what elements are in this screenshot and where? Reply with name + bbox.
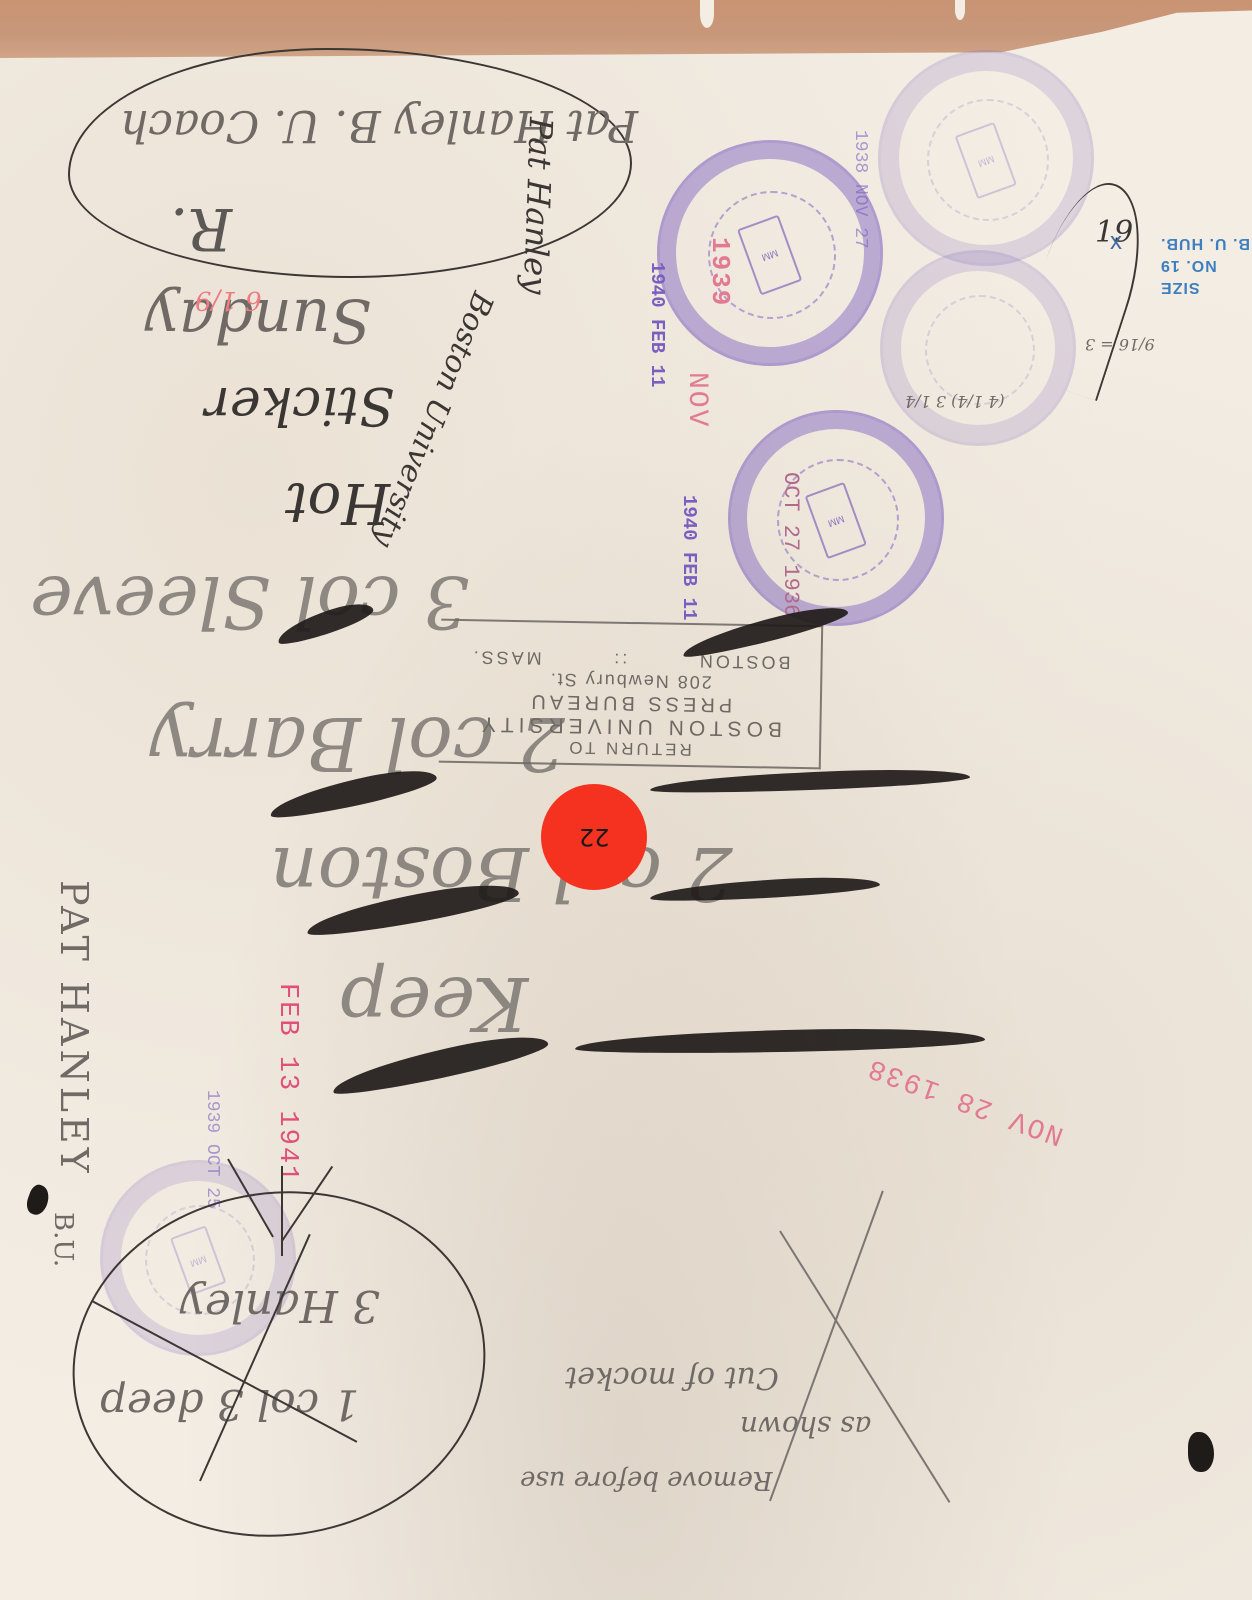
initial-note: R. bbox=[170, 195, 232, 263]
pencil-row-2: 2 col Barry bbox=[150, 700, 565, 786]
fraction-note-2: (4 1/4) 3 1/4 bbox=[905, 392, 1005, 411]
date-stamp-1940-mid: 1940 FEB 11 bbox=[678, 495, 700, 620]
bottom-note-2: as shown bbox=[740, 1410, 871, 1443]
red-pencil-number: 6 1/9 bbox=[195, 285, 262, 315]
arrow-shaft bbox=[281, 1166, 283, 1256]
library-stamp: MM bbox=[728, 410, 944, 626]
pencil-row-3: 2 col Boston bbox=[270, 830, 733, 916]
date-stamp-1940-top: 1940 FEB 11 bbox=[646, 262, 668, 387]
pencil-row-1: 3 col Sleeve bbox=[30, 560, 469, 644]
torn-edge bbox=[955, 0, 965, 20]
sticker-number: 22 bbox=[579, 823, 610, 851]
bottom-note-1: Cut of mocket bbox=[565, 1360, 779, 1395]
date-stamp-1939-oct: 1939 OCT 25 bbox=[202, 1090, 222, 1209]
side-name-note: PAT HANLEY bbox=[52, 880, 96, 1177]
sticker-note: Sticker bbox=[205, 375, 394, 435]
date-stamp-1939-red: 1939 bbox=[705, 237, 735, 307]
red-number-sticker: 22 bbox=[541, 784, 647, 890]
torn-edge bbox=[700, 0, 714, 28]
date-stamp-1938: 1938 NOV 27 bbox=[850, 130, 870, 249]
ink-blot bbox=[1188, 1432, 1214, 1472]
circled-name-note: Pat Hanley B. U. Coach bbox=[120, 100, 638, 151]
circled-bottom-line1: 3 Hanley bbox=[180, 1280, 380, 1331]
bottom-note-3: Remove before use bbox=[520, 1465, 772, 1495]
side-initials-note: B.U. bbox=[48, 1212, 78, 1267]
hub-stamp: SIZE NO. 19 B. U. HUB. bbox=[1160, 232, 1250, 298]
date-stamp-nov: NOV bbox=[681, 372, 712, 428]
date-stamp-1936: OCT 27 1936 bbox=[778, 472, 803, 617]
pencil-row-4: Keep bbox=[340, 960, 528, 1046]
fraction-note: 9/16 = 3 bbox=[1085, 335, 1155, 354]
signature-note: Pat Hanley bbox=[516, 117, 560, 295]
date-stamp-feb-1941: FEB 13 1941 bbox=[272, 983, 302, 1183]
